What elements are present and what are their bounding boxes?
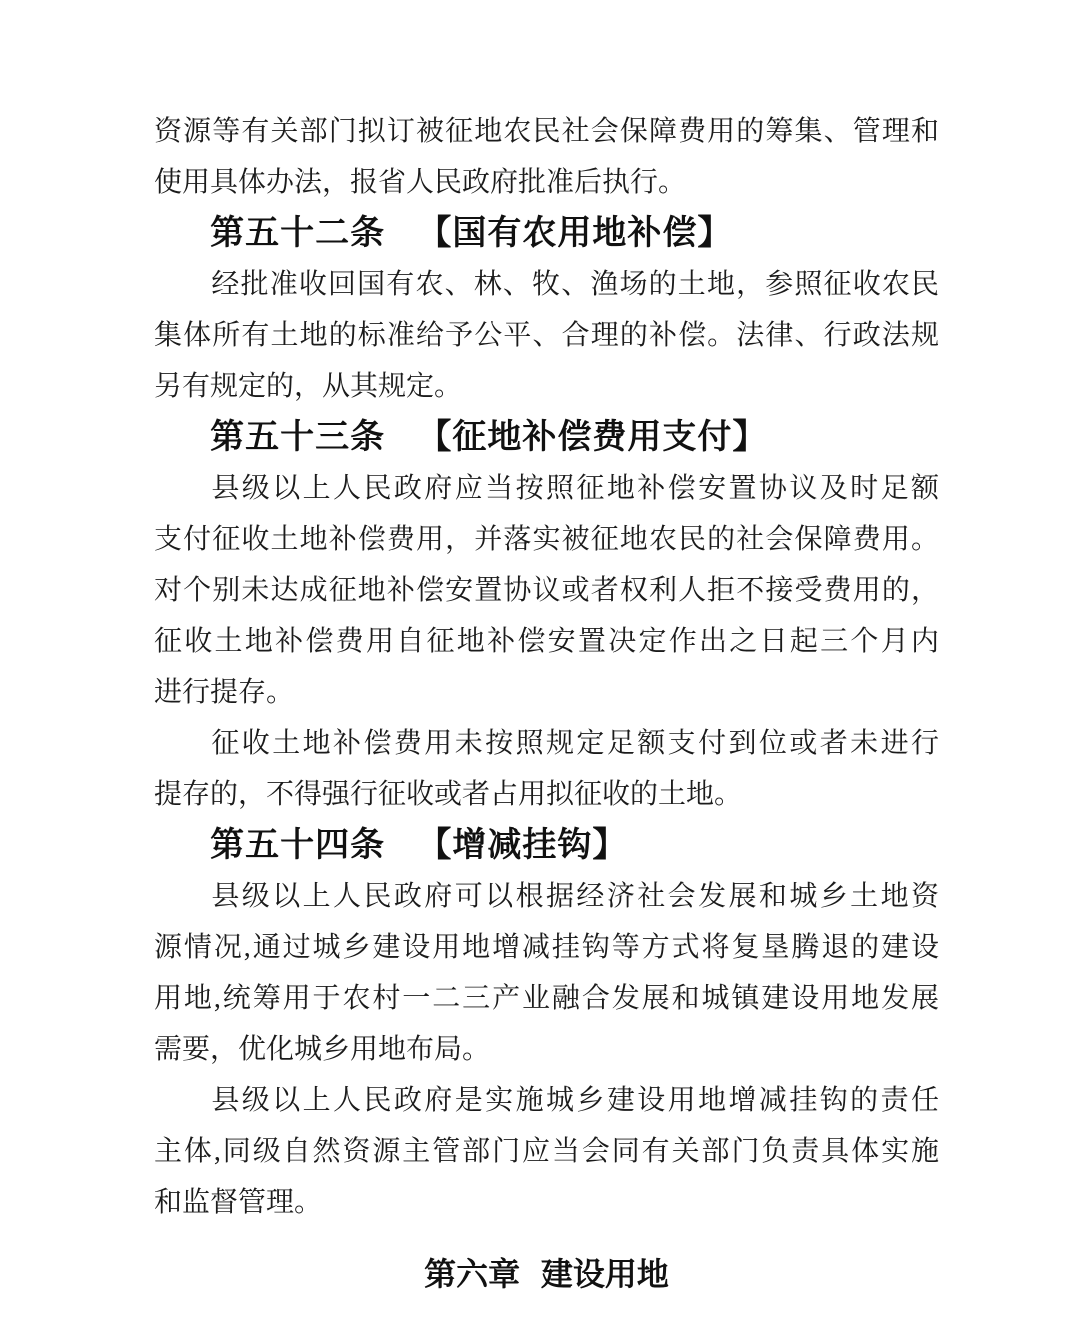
article-title: 【国有农用地补偿】 [417, 214, 732, 252]
article-heading: 第五十四条【增减挂钩】 [154, 820, 939, 871]
article-title: 【征地补偿费用支付】 [417, 418, 767, 456]
article-number: 第五十四条 [210, 826, 385, 864]
article-number: 第五十三条 [210, 418, 385, 456]
text-line: 使用具体办法，报省人民政府批准后执行。 [154, 157, 939, 208]
article-heading: 第五十三条【征地补偿费用支付】 [154, 412, 939, 463]
text-line: 县级以上人民政府是实施城乡建设用地增减挂钩的责任 [154, 1075, 939, 1126]
text-line: 征收土地补偿费用自征地补偿安置决定作出之日起三个月内 [154, 616, 939, 667]
text-line: 主体,同级自然资源主管部门应当会同有关部门负责具体实施 [154, 1126, 939, 1177]
text-line: 需要，优化城乡用地布局。 [154, 1024, 939, 1075]
text-line: 用地,统筹用于农村一二三产业融合发展和城镇建设用地发展 [154, 973, 939, 1024]
paragraph: 资源等有关部门拟订被征地农民社会保障费用的筹集、管理和使用具体办法，报省人民政府… [154, 106, 939, 208]
article-heading: 第五十二条【国有农用地补偿】 [154, 208, 939, 259]
article-number: 第五十二条 [210, 214, 385, 252]
text-line: 县级以上人民政府应当按照征地补偿安置协议及时足额 [154, 463, 939, 514]
chapter-title: 建设用地 [541, 1256, 669, 1292]
text-line: 源情况,通过城乡建设用地增减挂钩等方式将复垦腾退的建设 [154, 922, 939, 973]
paragraph: 征收土地补偿费用未按照规定足额支付到位或者未进行提存的，不得强行征收或者占用拟征… [154, 718, 939, 820]
paragraph: 经批准收回国有农、林、牧、渔场的土地，参照征收农民集体所有土地的标准给予公平、合… [154, 259, 939, 412]
paragraph: 县级以上人民政府可以根据经济社会发展和城乡土地资源情况,通过城乡建设用地增减挂钩… [154, 871, 939, 1075]
text-line: 和监督管理。 [154, 1177, 939, 1228]
text-line: 另有规定的，从其规定。 [154, 361, 939, 412]
document-body: 资源等有关部门拟订被征地农民社会保障费用的筹集、管理和使用具体办法，报省人民政府… [154, 106, 939, 1300]
document-page: 资源等有关部门拟订被征地农民社会保障费用的筹集、管理和使用具体办法，报省人民政府… [0, 0, 1080, 1328]
text-line: 支付征收土地补偿费用，并落实被征地农民的社会保障费用。 [154, 514, 939, 565]
chapter-number: 第六章 [424, 1256, 520, 1292]
paragraph: 县级以上人民政府应当按照征地补偿安置协议及时足额支付征收土地补偿费用，并落实被征… [154, 463, 939, 718]
text-line: 进行提存。 [154, 667, 939, 718]
text-line: 集体所有土地的标准给予公平、合理的补偿。法律、行政法规 [154, 310, 939, 361]
text-line: 经批准收回国有农、林、牧、渔场的土地，参照征收农民 [154, 259, 939, 310]
text-line: 提存的，不得强行征收或者占用拟征收的土地。 [154, 769, 939, 820]
article-title: 【增减挂钩】 [417, 826, 627, 864]
paragraph: 县级以上人民政府是实施城乡建设用地增减挂钩的责任主体,同级自然资源主管部门应当会… [154, 1075, 939, 1228]
text-line: 资源等有关部门拟订被征地农民社会保障费用的筹集、管理和 [154, 106, 939, 157]
text-line: 县级以上人民政府可以根据经济社会发展和城乡土地资 [154, 871, 939, 922]
text-line: 对个别未达成征地补偿安置协议或者权利人拒不接受费用的， [154, 565, 939, 616]
chapter-heading: 第六章建设用地 [154, 1249, 939, 1300]
text-line: 征收土地补偿费用未按照规定足额支付到位或者未进行 [154, 718, 939, 769]
